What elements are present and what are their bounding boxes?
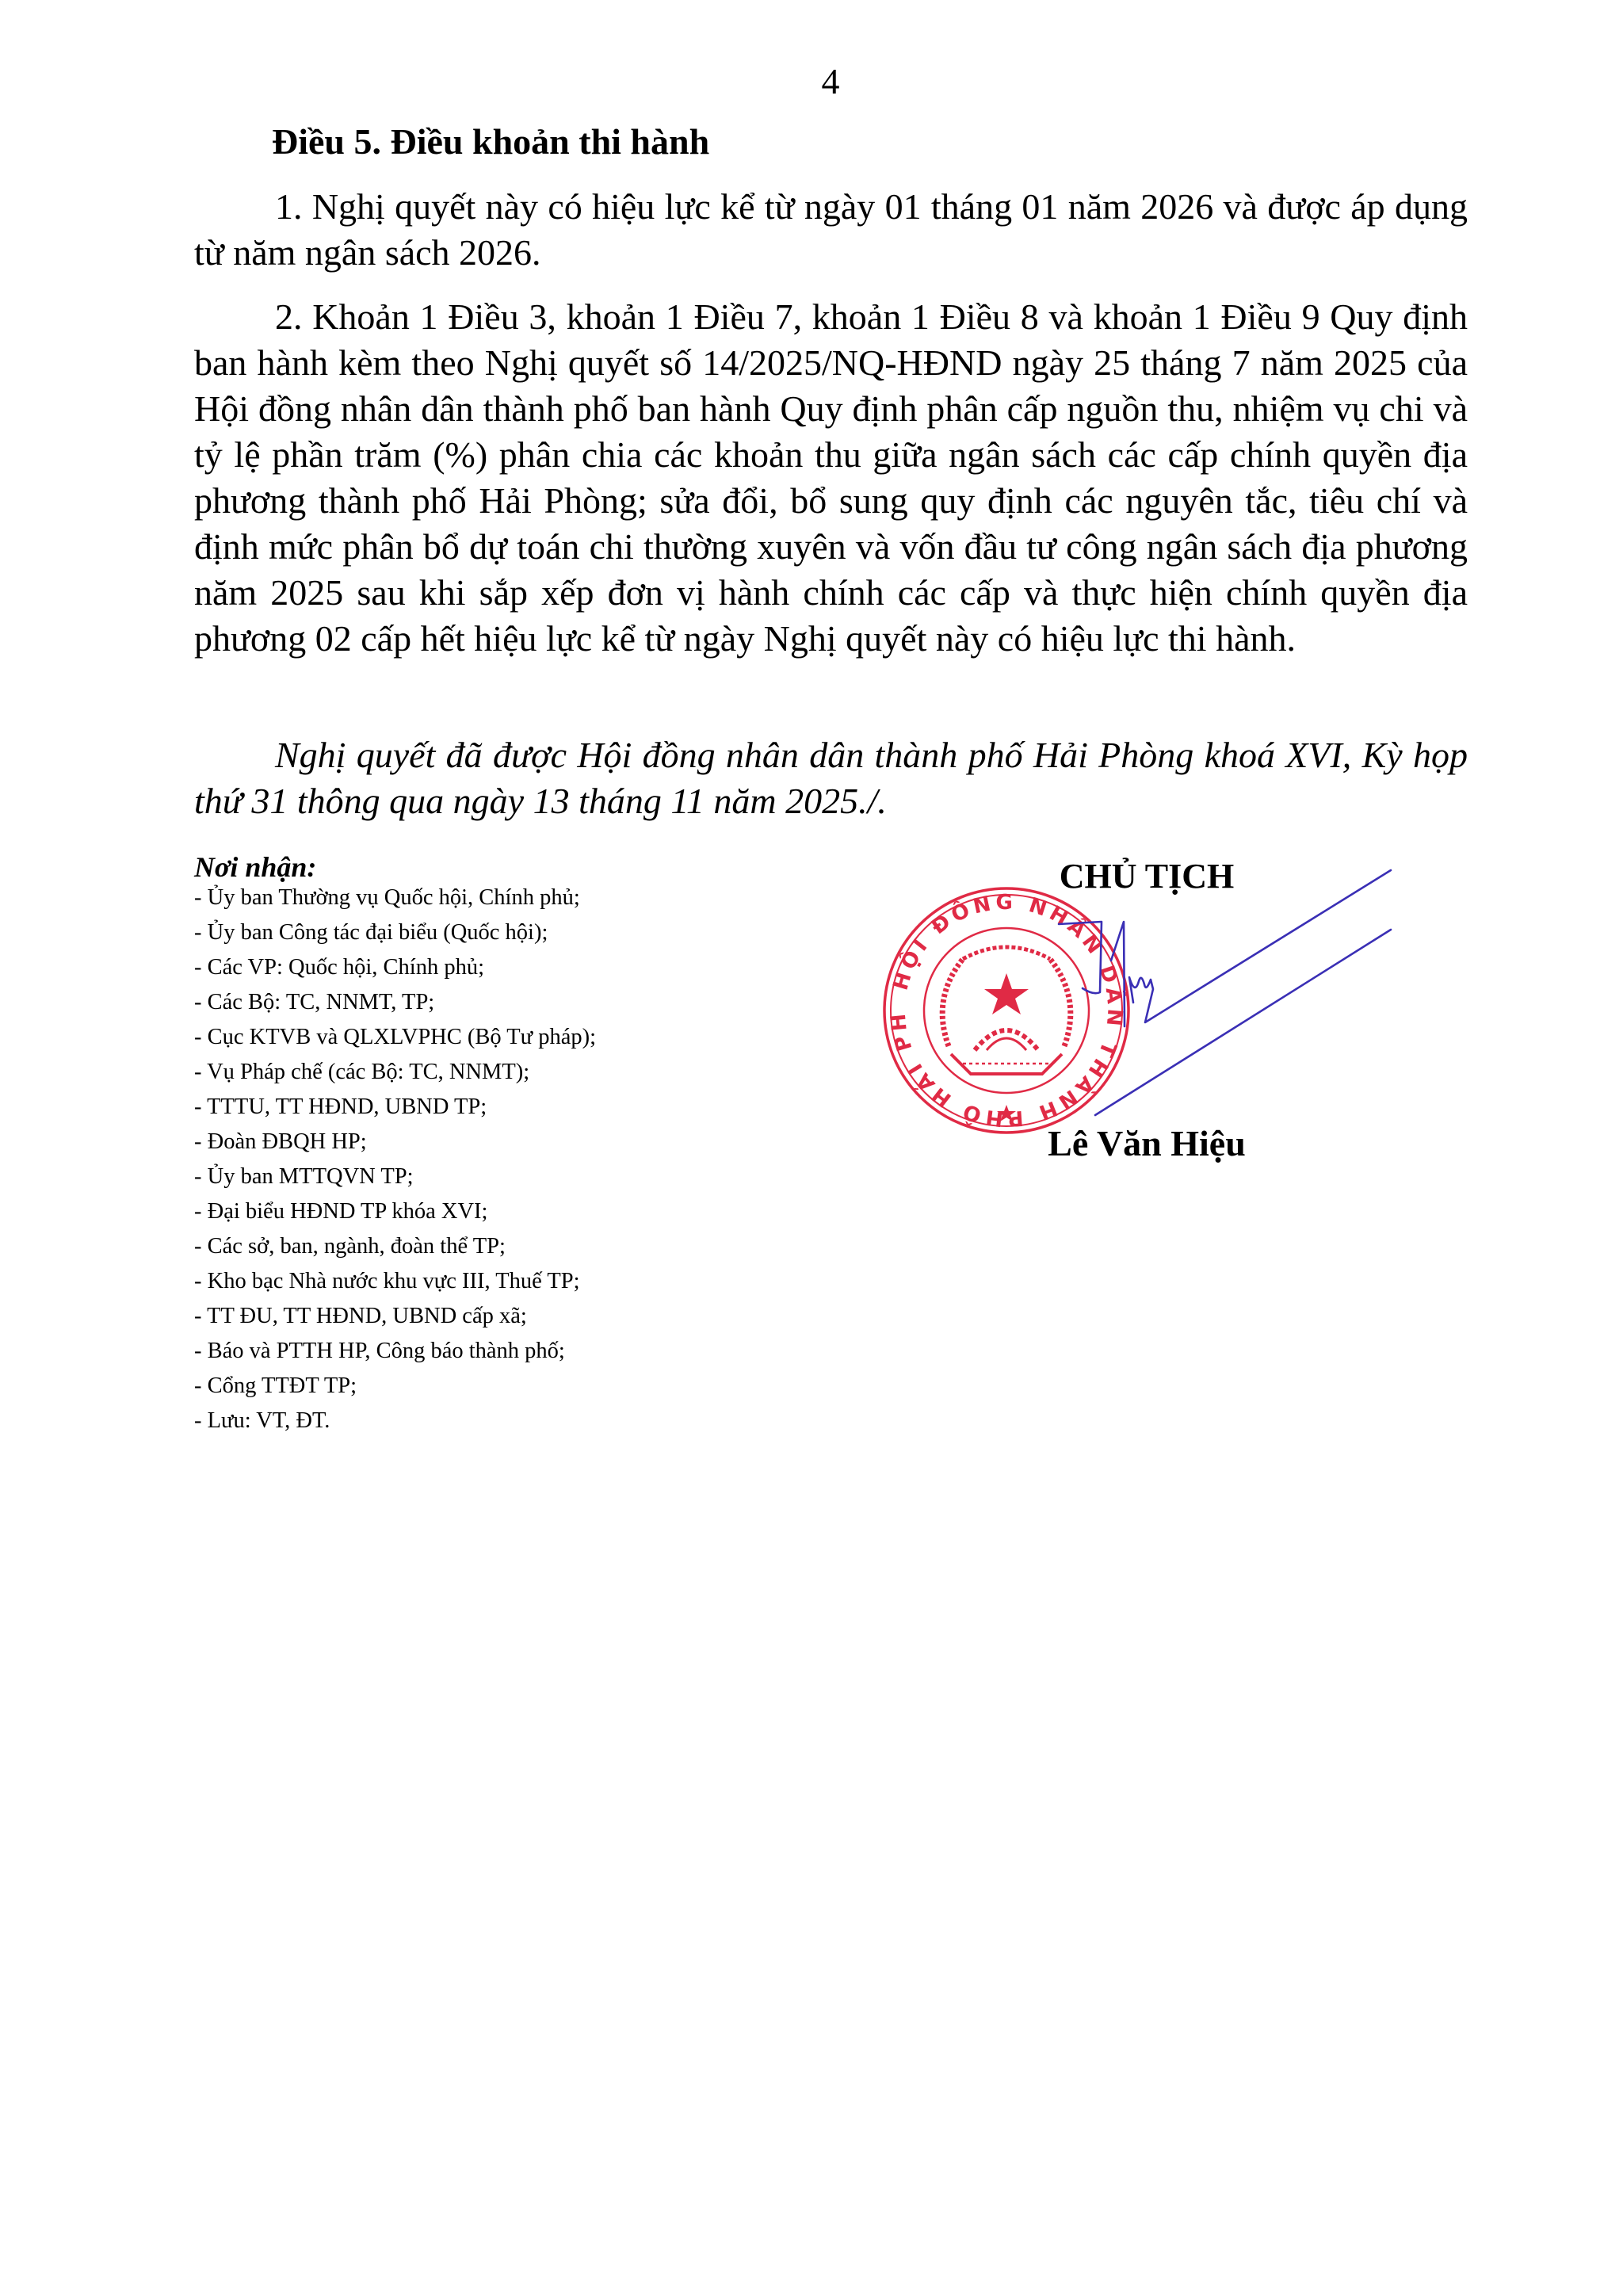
- article-heading: Điều 5. Điều khoản thi hành: [194, 119, 1468, 165]
- recipients-block: Nơi nhận: - Ủy ban Thường vụ Quốc hội, C…: [194, 851, 844, 1438]
- recipient-item: - Các sở, ban, ngành, đoàn thể TP;: [194, 1229, 844, 1264]
- adoption-statement: Nghị quyết đã được Hội đồng nhân dân thà…: [194, 732, 1468, 824]
- recipient-item: - Lưu: VT, ĐT.: [194, 1404, 844, 1438]
- recipient-item: - TTTU, TT HĐND, UBND TP;: [194, 1090, 844, 1125]
- recipient-item: - Các VP: Quốc hội, Chính phủ;: [194, 950, 844, 985]
- recipient-item: - Đoàn ĐBQH HP;: [194, 1125, 844, 1159]
- page-number: 4: [0, 63, 1623, 100]
- article-paragraph-2: 2. Khoản 1 Điều 3, khoản 1 Điều 7, khoản…: [194, 294, 1468, 662]
- recipient-item: - Ủy ban Công tác đại biểu (Quốc hội);: [194, 915, 844, 950]
- recipient-item: - TT ĐU, TT HĐND, UBND cấp xã;: [194, 1299, 844, 1334]
- recipient-item: - Vụ Pháp chế (các Bộ: TC, NNMT);: [194, 1055, 844, 1090]
- recipient-item: - Các Bộ: TC, NNMT, TP;: [194, 985, 844, 1020]
- signer-name: Lê Văn Hiệu: [988, 1124, 1305, 1163]
- article-paragraph-1: 1. Nghị quyết này có hiệu lực kể từ ngày…: [194, 184, 1468, 276]
- recipients-title: Nơi nhận:: [194, 851, 844, 883]
- recipient-item: - Ủy ban MTTQVN TP;: [194, 1159, 844, 1194]
- recipient-item: - Báo và PTTH HP, Công báo thành phố;: [194, 1334, 844, 1369]
- recipient-item: - Cổng TTĐT TP;: [194, 1369, 844, 1404]
- recipient-item: - Kho bạc Nhà nước khu vực III, Thuế TP;: [194, 1264, 844, 1299]
- handwritten-signature-icon: [1030, 856, 1411, 1141]
- recipient-item: - Ủy ban Thường vụ Quốc hội, Chính phủ;: [194, 881, 844, 915]
- recipients-list: - Ủy ban Thường vụ Quốc hội, Chính phủ; …: [194, 881, 844, 1438]
- recipient-item: - Đại biểu HĐND TP khóa XVI;: [194, 1194, 844, 1229]
- recipient-item: - Cục KTVB và QLXLVPHC (Bộ Tư pháp);: [194, 1020, 844, 1055]
